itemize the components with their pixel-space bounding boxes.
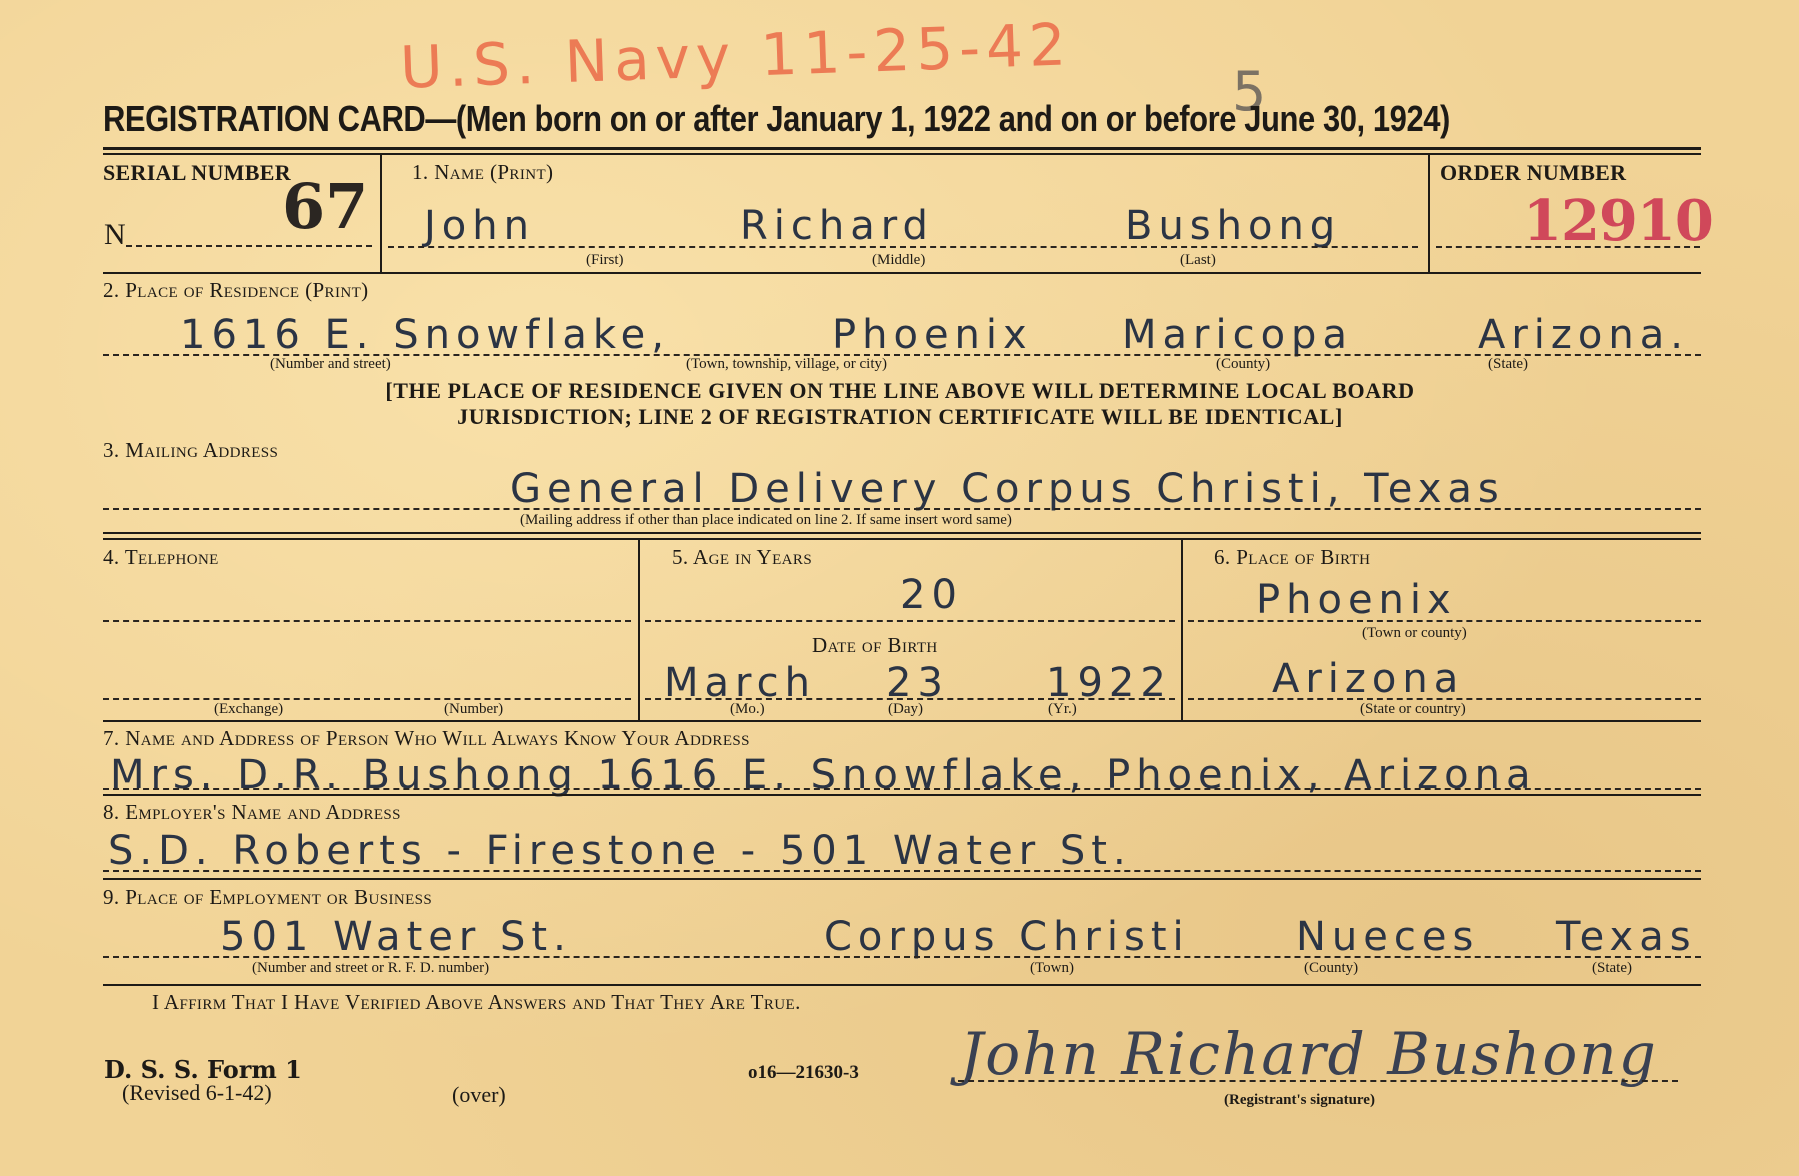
contact-value: Mrs. D.R. Bushong 1616 E. Snowflake, Pho… bbox=[110, 752, 1536, 798]
middle-name: Richard bbox=[740, 203, 934, 249]
over-note: (over) bbox=[452, 1082, 506, 1108]
serial-line bbox=[126, 245, 372, 247]
residence-street: 1616 E. Snowflake, bbox=[180, 312, 670, 358]
print-code: o16—21630-3 bbox=[748, 1062, 859, 1084]
last-caption: (Last) bbox=[1180, 252, 1216, 269]
residence-label: 2. Place of Residence (Print) bbox=[103, 278, 369, 303]
divider bbox=[1181, 540, 1183, 720]
employment-label: 9. Place of Employment or Business bbox=[103, 885, 432, 910]
first-name: John bbox=[424, 203, 535, 249]
top-rule bbox=[103, 147, 1701, 150]
employer-label: 8. Employer's Name and Address bbox=[103, 800, 401, 825]
last-name: Bushong bbox=[1125, 203, 1341, 249]
county-caption: (County) bbox=[1216, 356, 1270, 373]
employment-county-caption: (County) bbox=[1304, 960, 1358, 977]
row-rule bbox=[103, 984, 1701, 986]
employment-state-caption: (State) bbox=[1592, 960, 1632, 977]
residence-state: Arizona. bbox=[1478, 312, 1689, 358]
employer-line bbox=[103, 870, 1701, 872]
order-number: 12910 bbox=[1523, 188, 1713, 254]
birth-state-line bbox=[1188, 698, 1701, 700]
employment-county: Nueces bbox=[1296, 914, 1479, 960]
month-caption: (Mo.) bbox=[730, 701, 765, 718]
signature-caption: (Registrant's signature) bbox=[1224, 1092, 1375, 1109]
birth-state-caption: (State or country) bbox=[1360, 701, 1466, 718]
birth-town: Phoenix bbox=[1256, 577, 1457, 623]
divider bbox=[1428, 155, 1430, 273]
affirmation: I Affirm That I Have Verified Above Answ… bbox=[152, 990, 801, 1015]
state-caption: (State) bbox=[1488, 356, 1528, 373]
dob-label: Date of Birth bbox=[812, 633, 938, 658]
birthplace-label: 6. Place of Birth bbox=[1214, 545, 1370, 570]
row-rule bbox=[103, 532, 1701, 534]
exchange-caption: (Exchange) bbox=[214, 701, 283, 718]
mailing-address: General Delivery Corpus Christi, Texas bbox=[510, 466, 1505, 512]
serial-label: SERIAL NUMBER bbox=[103, 160, 291, 186]
birth-state: Arizona bbox=[1272, 656, 1464, 702]
birth-town-caption: (Town or county) bbox=[1362, 625, 1467, 642]
age-label: 5. Age in Years bbox=[672, 545, 812, 570]
dob-line bbox=[645, 698, 1175, 700]
row-rule-inner bbox=[103, 538, 1701, 540]
row-rule bbox=[103, 878, 1701, 880]
number-caption: (Number) bbox=[444, 701, 503, 718]
middle-caption: (Middle) bbox=[872, 252, 925, 269]
first-caption: (First) bbox=[586, 252, 624, 269]
order-label: ORDER NUMBER bbox=[1440, 160, 1626, 186]
contact-label: 7. Name and Address of Person Who Will A… bbox=[103, 726, 750, 751]
employment-town-caption: (Town) bbox=[1030, 960, 1074, 977]
name-line bbox=[388, 246, 1418, 248]
contact-line bbox=[103, 788, 1701, 790]
serial-number: 67 bbox=[282, 170, 368, 243]
telephone-label: 4. Telephone bbox=[103, 545, 219, 570]
jurisdiction-notice: [THE PLACE OF RESIDENCE GIVEN ON THE LIN… bbox=[190, 378, 1610, 430]
form-revised: (Revised 6-1-42) bbox=[122, 1080, 272, 1106]
serial-prefix: N bbox=[104, 218, 126, 252]
employment-line bbox=[103, 956, 1701, 958]
name-label: 1. Name (Print) bbox=[412, 160, 553, 185]
top-rule-inner bbox=[103, 153, 1701, 155]
street-caption: (Number and street) bbox=[270, 356, 391, 373]
mailing-label: 3. Mailing Address bbox=[103, 438, 278, 463]
residence-county: Maricopa bbox=[1122, 312, 1353, 358]
row-rule bbox=[103, 794, 1701, 796]
age-line bbox=[645, 620, 1175, 622]
telephone-line-1 bbox=[103, 620, 631, 622]
employer-value: S.D. Roberts - Firestone - 501 Water St. bbox=[108, 828, 1132, 874]
order-line bbox=[1436, 246, 1700, 248]
navy-annotation: U.S. Navy 11-25-42 bbox=[399, 10, 1073, 101]
row-rule bbox=[103, 720, 1701, 722]
card-title: REGISTRATION CARD—(Men born on or after … bbox=[103, 98, 1450, 140]
signature-line bbox=[958, 1080, 1678, 1082]
mailing-line bbox=[103, 508, 1701, 510]
employment-town: Corpus Christi bbox=[824, 914, 1190, 960]
registrant-signature: John Richard Bushong bbox=[960, 1020, 1658, 1088]
mailing-caption: (Mailing address if other than place ind… bbox=[520, 512, 1012, 529]
age-value: 20 bbox=[900, 572, 963, 618]
year-caption: (Yr.) bbox=[1048, 701, 1077, 718]
row-rule bbox=[103, 272, 1701, 274]
residence-town: Phoenix bbox=[832, 312, 1033, 358]
town-caption: (Town, township, village, or city) bbox=[686, 356, 887, 373]
notice-line-1: [THE PLACE OF RESIDENCE GIVEN ON THE LIN… bbox=[190, 378, 1610, 404]
birth-town-line bbox=[1188, 620, 1701, 622]
employment-state: Texas bbox=[1556, 914, 1697, 960]
divider bbox=[380, 155, 382, 273]
day-caption: (Day) bbox=[888, 701, 923, 718]
telephone-line-2 bbox=[103, 698, 631, 700]
divider bbox=[638, 540, 640, 720]
employment-street: 501 Water St. bbox=[220, 914, 572, 960]
employment-street-caption: (Number and street or R. F. D. number) bbox=[252, 960, 489, 977]
notice-line-2: JURISDICTION; LINE 2 OF REGISTRATION CER… bbox=[190, 404, 1610, 430]
registration-card: U.S. Navy 11-25-42 5 REGISTRATION CARD—(… bbox=[0, 0, 1799, 1176]
